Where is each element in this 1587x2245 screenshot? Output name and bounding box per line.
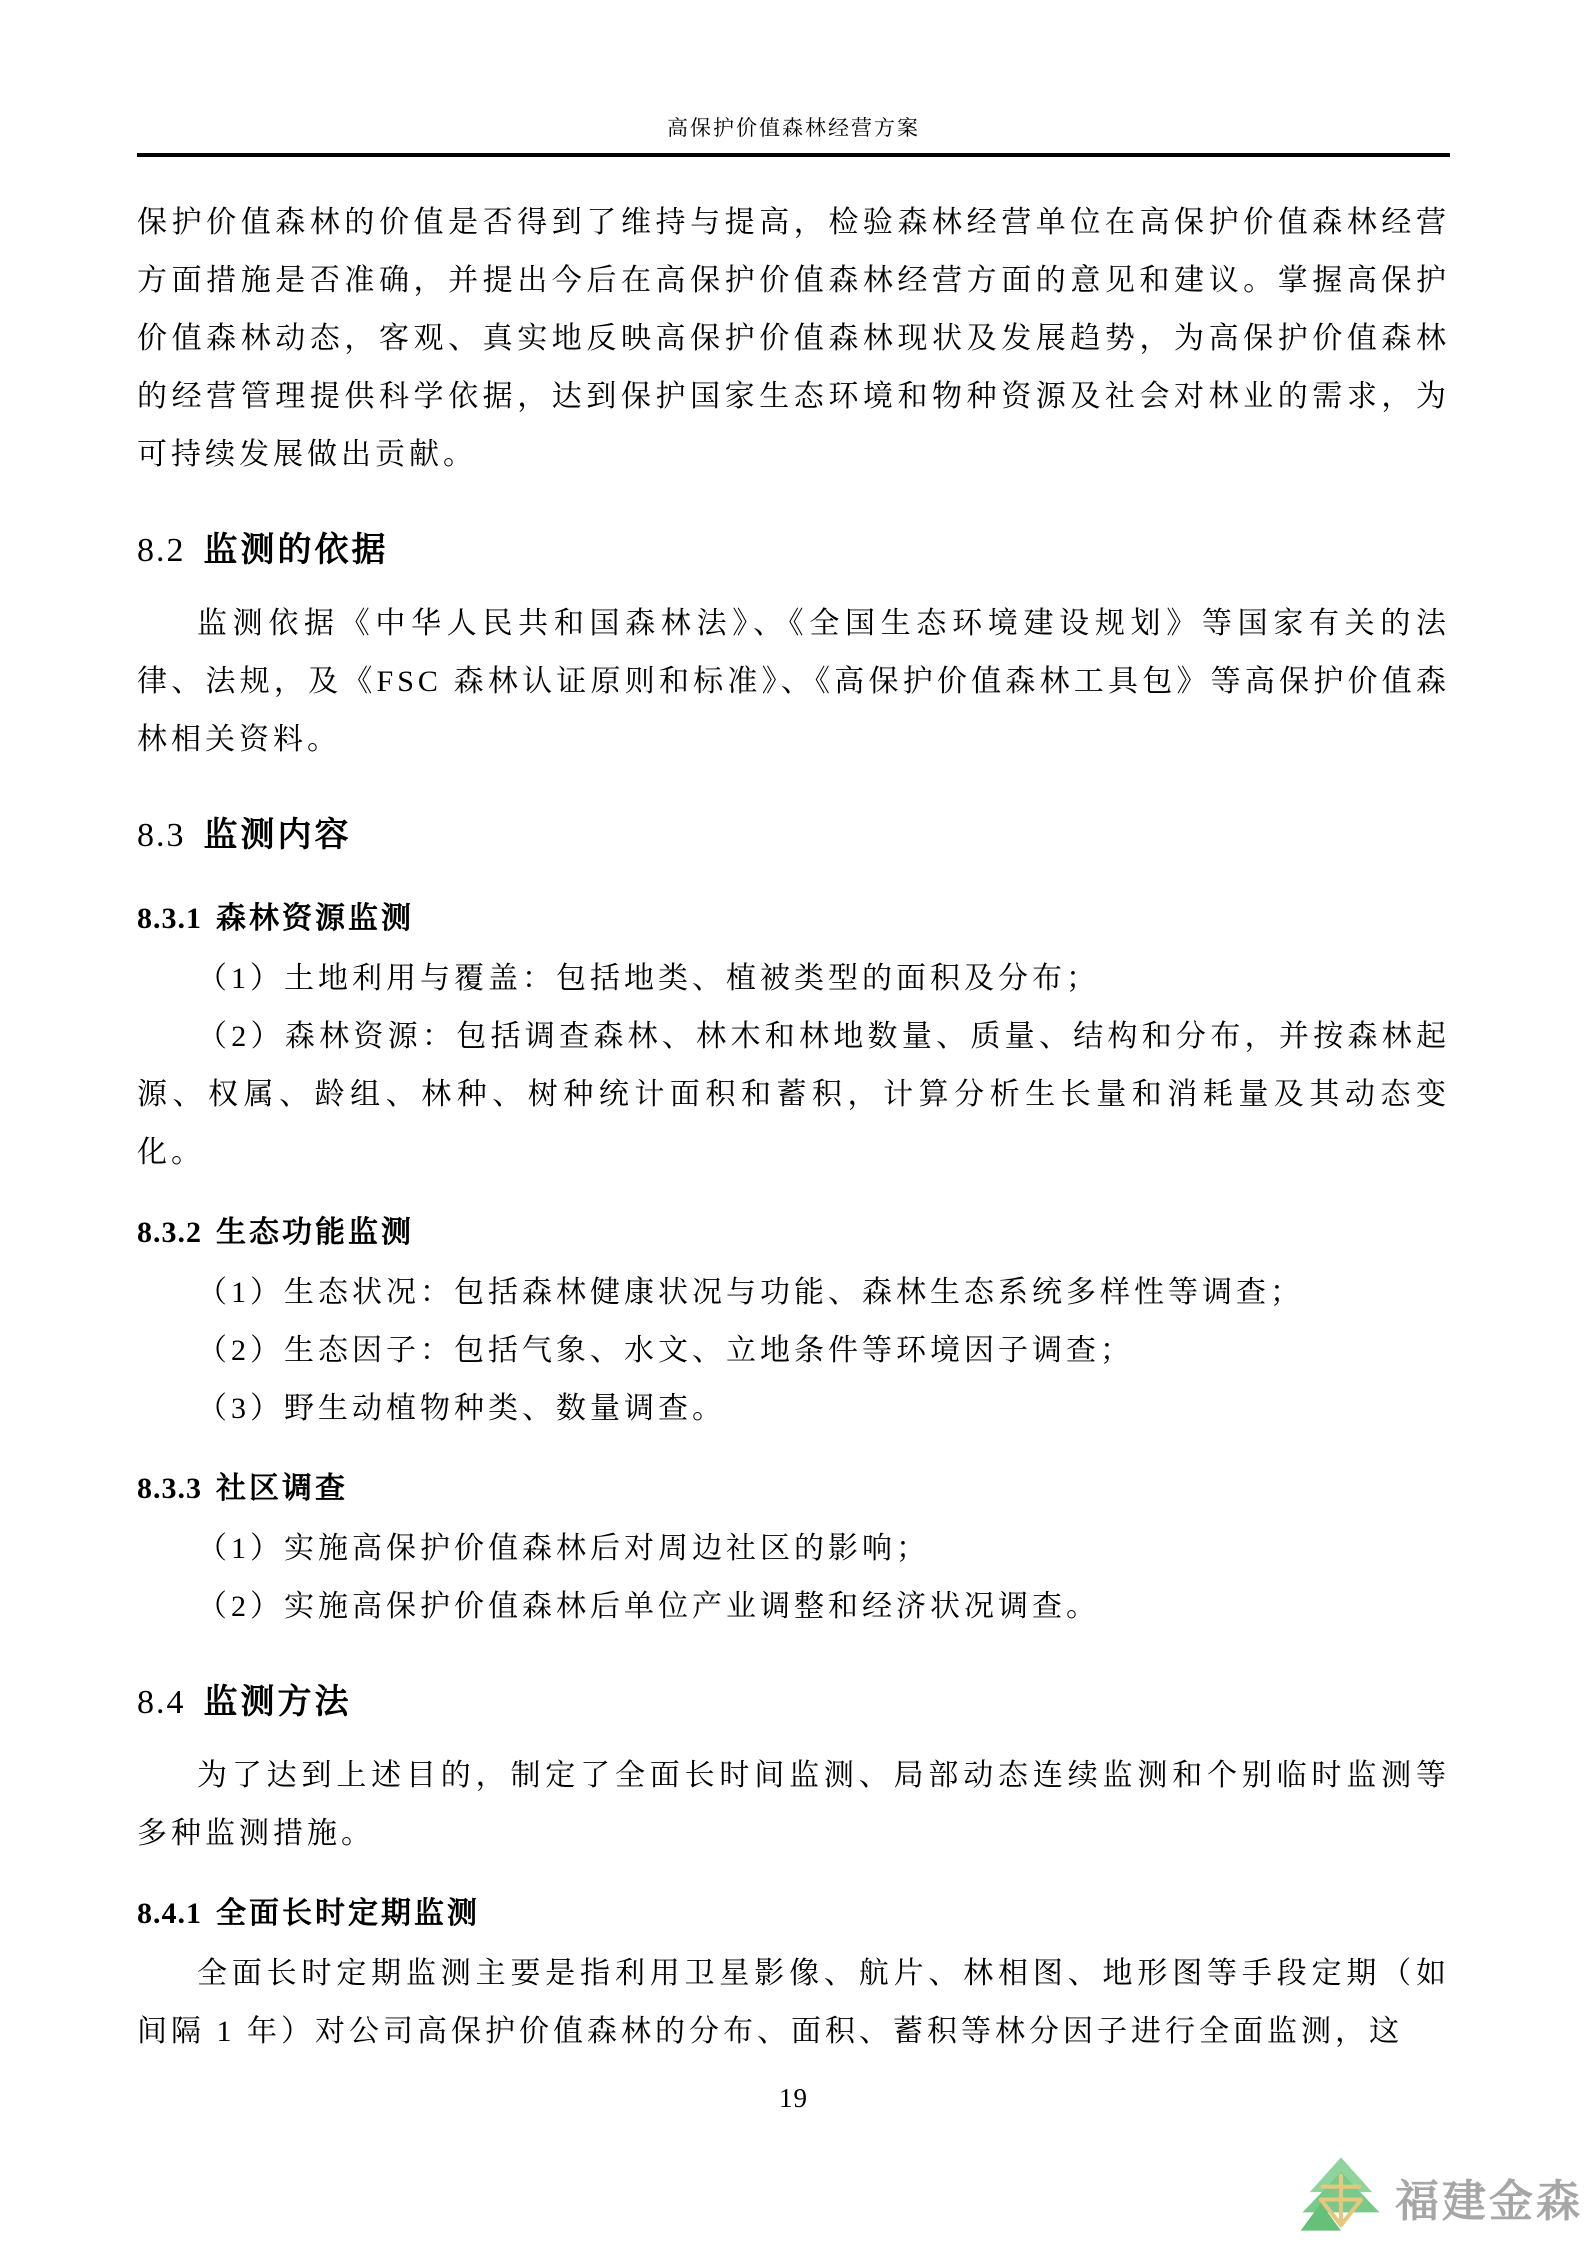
list-item: （3）野生动植物种类、数量调查。 [137,1380,1450,1438]
company-logo: 福建金森 [1297,2154,1583,2239]
subsection-title: 全面长时定期监测 [216,1897,480,1930]
subsection-number: 8.4.1 [137,1897,202,1930]
section-title: 监测内容 [204,816,352,854]
list-item: （1）实施高保护价值森林后对周边社区的影响； [137,1520,1450,1578]
company-logo-tree-icon [1297,2154,1385,2239]
page-header: 高保护价值森林经营方案 [137,0,1450,157]
section-number: 8.3 [137,817,186,854]
list-item: （2）实施高保护价值森林后单位产业调整和经济状况调查。 [137,1578,1450,1636]
subsection-number: 8.3.3 [137,1472,202,1505]
list-item: （2）森林资源：包括调查森林、林木和林地数量、质量、结构和分布，并按森林起源、权… [137,1008,1450,1182]
page-number: 19 [0,2083,1587,2114]
body-paragraph: 全面长时定期监测主要是指利用卫星影像、航片、林相图、地形图等手段定期（如间隔 1… [137,1945,1450,2061]
subsection-number: 8.3.1 [137,902,202,935]
list-item: （1）土地利用与覆盖：包括地类、植被类型的面积及分布； [137,950,1450,1008]
document-body: 保护价值森林的价值是否得到了维持与提高，检验森林经营单位在高保护价值森林经营方面… [137,150,1450,2061]
section-title: 监测的依据 [204,531,389,569]
company-logo-text: 福建金森 [1395,2165,1583,2229]
section-heading-8-2: 8.2监测的依据 [137,518,1450,583]
subsection-heading-8-4-1: 8.4.1全面长时定期监测 [137,1885,1450,1943]
subsection-heading-8-3-3: 8.3.3社区调查 [137,1460,1450,1518]
subsection-number: 8.3.2 [137,1216,202,1249]
list-item: （2）生态因子：包括气象、水文、立地条件等环境因子调查； [137,1322,1450,1380]
document-title: 高保护价值森林经营方案 [667,116,920,140]
section-heading-8-4: 8.4监测方法 [137,1670,1450,1735]
subsection-heading-8-3-2: 8.3.2生态功能监测 [137,1204,1450,1262]
section-title: 监测方法 [204,1683,352,1721]
body-paragraph: 保护价值森林的价值是否得到了维持与提高，检验森林经营单位在高保护价值森林经营方面… [137,194,1450,484]
subsection-title: 森林资源监测 [216,902,414,935]
body-paragraph: 为了达到上述目的，制定了全面长时间监测、局部动态连续监测和个别临时监测等多种监测… [137,1747,1450,1863]
document-page: 高保护价值森林经营方案 保护价值森林的价值是否得到了维持与提高，检验森林经营单位… [0,0,1587,2245]
subsection-title: 生态功能监测 [216,1216,414,1249]
section-number: 8.2 [137,532,186,569]
subsection-title: 社区调查 [216,1472,348,1505]
section-number: 8.4 [137,1684,186,1721]
section-heading-8-3: 8.3监测内容 [137,803,1450,868]
body-paragraph: 监测依据《中华人民共和国森林法》、《全国生态环境建设规划》等国家有关的法律、法规… [137,595,1450,769]
subsection-heading-8-3-1: 8.3.1森林资源监测 [137,890,1450,948]
list-item: （1）生态状况：包括森林健康状况与功能、森林生态系统多样性等调查； [137,1264,1450,1322]
